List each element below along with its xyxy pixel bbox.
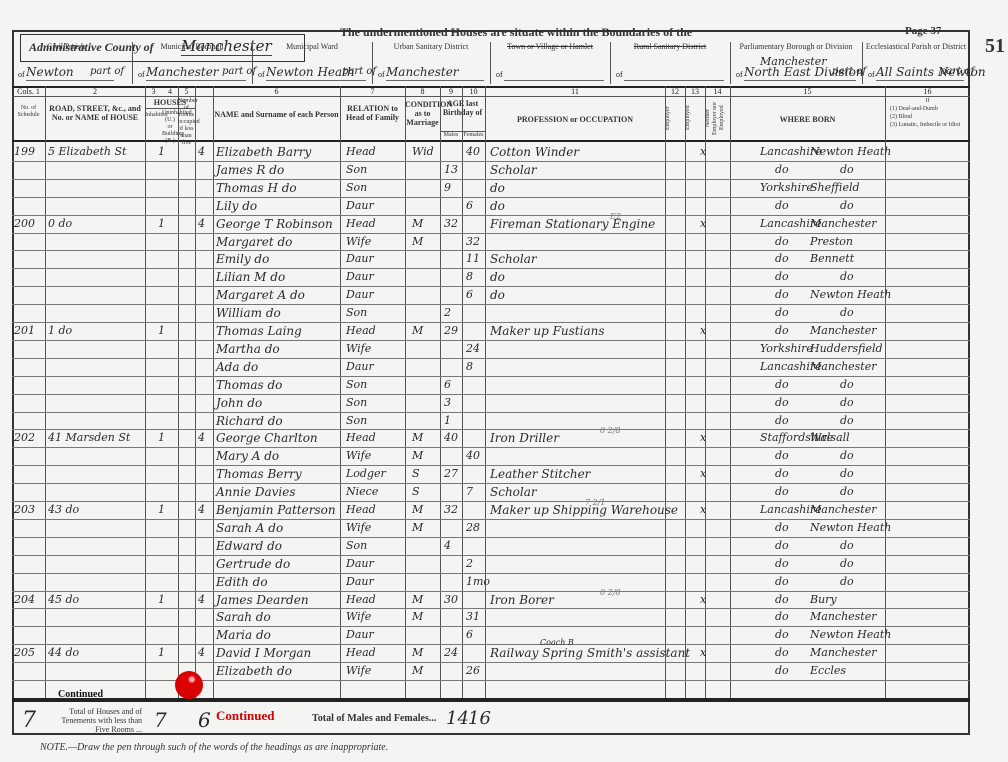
person-name: Ada do: [216, 358, 258, 376]
schedule-number: 199: [14, 143, 35, 161]
born-place: do: [840, 412, 854, 430]
rooms-count: 4: [198, 501, 205, 519]
male-age: 4: [444, 537, 451, 555]
born-county: do: [775, 662, 789, 680]
female-age: 24: [466, 340, 480, 358]
header-divider: [372, 42, 373, 84]
relation: Head: [346, 143, 376, 161]
inhabited-count: 1: [158, 143, 165, 161]
born-place: do: [840, 304, 854, 322]
person-name: Sarah do: [216, 608, 271, 626]
born-place: do: [840, 376, 854, 394]
heading-females: Females: [462, 132, 485, 139]
occupation: do: [490, 286, 505, 304]
header-divider: [862, 42, 863, 84]
condition: M: [412, 429, 423, 447]
born-county: do: [775, 412, 789, 430]
header-divider: [730, 42, 731, 84]
condition: M: [412, 215, 423, 233]
born-county: Yorkshire: [760, 340, 813, 358]
person-name: Margaret do: [216, 233, 292, 251]
male-age: 2: [444, 304, 451, 322]
relation: Head: [346, 501, 376, 519]
born-place: Walsall: [810, 429, 850, 447]
column-number: 5: [178, 87, 195, 96]
born-county: do: [775, 376, 789, 394]
heading-neither: Neither Employer nor Employed: [705, 98, 730, 138]
born-county: do: [775, 447, 789, 465]
schedule-number: 200: [14, 215, 35, 233]
page-label: Page 37: [905, 25, 941, 37]
heading-name: NAME and Surname of each Person: [213, 110, 340, 119]
born-place: Manchester: [810, 501, 877, 519]
field-underline: [504, 80, 604, 81]
field-underline: [624, 80, 724, 81]
male-age: 3: [444, 394, 451, 412]
field-underline: [744, 80, 856, 81]
header-field-value: Newton: [26, 65, 74, 79]
margin-note: 0 2/8: [600, 426, 621, 435]
born-county: do: [775, 465, 789, 483]
houses-total: 7: [154, 708, 167, 732]
header-divider: [490, 42, 491, 84]
person-name: William do: [216, 304, 281, 322]
born-place: Newton Heath: [810, 626, 891, 644]
relation: Son: [346, 537, 367, 555]
born-place: Newton Heath: [810, 143, 891, 161]
born-place: Eccles: [810, 662, 846, 680]
female-age: 6: [466, 626, 473, 644]
male-age: 40: [444, 429, 458, 447]
born-county: do: [775, 644, 789, 662]
continued-red-label: Continued: [216, 708, 275, 724]
born-place: do: [840, 573, 854, 591]
field-underline: [386, 80, 484, 81]
relation: Wife: [346, 233, 371, 251]
relation: Daur: [346, 358, 374, 376]
margin-note: 0 2/8: [600, 588, 621, 597]
relation: Daur: [346, 573, 374, 591]
schedule-number: 204: [14, 591, 35, 609]
header-field-label: Civil Parish: [12, 42, 120, 51]
employed-mark: x: [700, 322, 706, 340]
of-prefix: of: [496, 70, 503, 79]
occupation: Scholar: [490, 161, 537, 179]
rooms-count: 4: [198, 644, 205, 662]
header-field-label: Parliamentary Borough or Division: [730, 42, 862, 51]
condition: M: [412, 608, 423, 626]
rooms-count: 4: [198, 429, 205, 447]
relation: Head: [346, 644, 376, 662]
schedule-number: 205: [14, 644, 35, 662]
relation: Daur: [346, 250, 374, 268]
person-name: Mary A do: [216, 447, 279, 465]
occupation: Cotton Winder: [490, 143, 579, 161]
person-name: Lilian M do: [216, 268, 285, 286]
heading-inhabited: Inhabited: [145, 112, 162, 119]
person-name: James R do: [216, 161, 284, 179]
column-number: 10: [462, 87, 485, 96]
person-name: George T Robinson: [216, 215, 333, 233]
column-number: 16: [885, 87, 970, 96]
born-county: do: [775, 591, 789, 609]
address: 45 do: [48, 591, 79, 609]
born-place: Huddersfield: [810, 340, 883, 358]
person-name: Emily do: [216, 250, 269, 268]
relation: Head: [346, 322, 376, 340]
heading-age: AGE last Birthday of: [440, 99, 485, 117]
female-age: 8: [466, 268, 473, 286]
born-county: do: [775, 626, 789, 644]
born-place: Preston: [810, 233, 853, 251]
relation: Wife: [346, 519, 371, 537]
rooms-count: 4: [198, 143, 205, 161]
born-place: Manchester: [810, 215, 877, 233]
male-age: 6: [444, 376, 451, 394]
person-name: Sarah A do: [216, 519, 283, 537]
born-county: do: [775, 483, 789, 501]
margin-note: 7 2/1: [585, 498, 606, 507]
born-county: do: [775, 268, 789, 286]
schedule-number: 202: [14, 429, 35, 447]
female-age: 28: [466, 519, 480, 537]
born-place: Manchester: [810, 644, 877, 662]
of-prefix: of: [736, 70, 743, 79]
person-name: Thomas do: [216, 376, 282, 394]
rooms-total: 6: [198, 708, 211, 732]
employed-mark: x: [700, 215, 706, 233]
occupation: do: [490, 268, 505, 286]
table-row: [12, 447, 970, 465]
born-place: do: [840, 483, 854, 501]
relation: Head: [346, 215, 376, 233]
col-number-rule: [12, 96, 970, 97]
born-place: Newton Heath: [810, 519, 891, 537]
employed-mark: x: [700, 501, 706, 519]
header-field-suffix: part of: [832, 66, 866, 77]
of-prefix: of: [258, 70, 265, 79]
person-name: Benjamin Patterson: [216, 501, 336, 519]
heading-schedule: No. of Schedule: [12, 105, 45, 119]
person-name: George Charlton: [216, 429, 318, 447]
header-field-label: Municipal Ward: [252, 42, 372, 51]
relation: Daur: [346, 268, 374, 286]
female-age: 11: [466, 250, 480, 268]
born-place: Bennett: [810, 250, 854, 268]
person-name: Annie Davies: [216, 483, 296, 501]
male-age: 1: [444, 412, 451, 430]
condition: M: [412, 591, 423, 609]
column-number: 8: [405, 87, 440, 96]
female-age: 40: [466, 447, 480, 465]
totals-top-rule: [12, 700, 970, 702]
relation: Head: [346, 591, 376, 609]
heading-road: ROAD, STREET, &c., and No. or NAME of HO…: [47, 104, 143, 122]
condition: M: [412, 519, 423, 537]
condition: M: [412, 501, 423, 519]
heading-relation: RELATION to Head of Family: [340, 104, 405, 122]
column-number: 2: [45, 87, 145, 96]
person-name: Gertrude do: [216, 555, 290, 573]
relation: Son: [346, 394, 367, 412]
relation: Daur: [346, 555, 374, 573]
address: 5 Elizabeth St: [48, 143, 126, 161]
of-prefix: of: [18, 70, 25, 79]
male-age: 32: [444, 215, 458, 233]
person-name: James Dearden: [216, 591, 309, 609]
rooms-count: 4: [198, 215, 205, 233]
totals-houses-label: Total of Houses and of Tenements with le…: [50, 707, 142, 734]
female-age: 40: [466, 143, 480, 161]
column-number: 14: [705, 87, 730, 96]
person-name: Elizabeth do: [216, 662, 292, 680]
person-name: Thomas H do: [216, 179, 297, 197]
born-county: do: [775, 250, 789, 268]
male-age: 29: [444, 322, 458, 340]
address: 41 Marsden St: [48, 429, 130, 447]
heading-rooms: Number of rooms occupied if less than fi…: [178, 98, 195, 147]
table-row: [12, 555, 970, 573]
born-place: do: [840, 447, 854, 465]
male-age: 13: [444, 161, 458, 179]
occupation: Maker up Fustians: [490, 322, 605, 340]
person-name: David I Morgan: [216, 644, 311, 662]
column-number: 6: [213, 87, 340, 96]
address: 1 do: [48, 322, 72, 340]
condition: S: [412, 465, 420, 483]
condition: S: [412, 483, 420, 501]
person-name: Margaret A do: [216, 286, 305, 304]
born-place: do: [840, 465, 854, 483]
condition: Wid: [412, 143, 434, 161]
male-age: 9: [444, 179, 451, 197]
folio-number: 51: [985, 35, 1005, 58]
born-place: do: [840, 197, 854, 215]
header-field-suffix: part of: [90, 66, 124, 77]
employed-mark: x: [700, 465, 706, 483]
header-field-value: Manchester: [146, 65, 219, 79]
table-row: [12, 412, 970, 430]
header-divider: [610, 42, 611, 84]
inhabited-count: 1: [158, 322, 165, 340]
born-place: do: [840, 394, 854, 412]
born-county: do: [775, 161, 789, 179]
female-age: 32: [466, 233, 480, 251]
occupation: Fireman Stationary Engine: [490, 215, 655, 233]
relation: Wife: [346, 447, 371, 465]
employed-mark: x: [700, 429, 706, 447]
relation: Daur: [346, 286, 374, 304]
born-county: do: [775, 286, 789, 304]
relation: Lodger: [346, 465, 386, 483]
person-name: Edith do: [216, 573, 268, 591]
female-age: 2: [466, 555, 473, 573]
relation: Niece: [346, 483, 378, 501]
relation: Son: [346, 412, 367, 430]
column-number: 9: [440, 87, 462, 96]
born-county: do: [775, 555, 789, 573]
header-divider: [132, 42, 133, 84]
column-number: 12: [665, 87, 685, 96]
male-age: 24: [444, 644, 458, 662]
inhabited-count: 1: [158, 644, 165, 662]
schedule-number: 203: [14, 501, 35, 519]
person-name: Maria do: [216, 626, 271, 644]
header-field-value: Manchester: [386, 65, 459, 79]
condition: M: [412, 644, 423, 662]
heading-bottom-rule: [12, 140, 970, 142]
condition: M: [412, 662, 423, 680]
column-number: Cols. 1: [12, 87, 45, 96]
column-number: 4: [162, 87, 178, 96]
inhabited-count: 1: [158, 215, 165, 233]
males-females-label: Total of Males and Females...: [312, 713, 436, 724]
born-place: do: [840, 537, 854, 555]
relation: Wife: [346, 340, 371, 358]
of-prefix: of: [378, 70, 385, 79]
row-rule: [12, 680, 970, 681]
occupation-note: Coach B: [540, 638, 574, 647]
header-field-suffix: part of: [342, 66, 376, 77]
condition: M: [412, 233, 423, 251]
header-field-label: Urban Sanitary District: [372, 42, 490, 51]
relation: Wife: [346, 608, 371, 626]
address: 43 do: [48, 501, 79, 519]
field-underline: [266, 80, 366, 81]
born-place: Sheffield: [810, 179, 860, 197]
red-marker-dot: [175, 671, 203, 699]
female-age: 31: [466, 608, 480, 626]
female-age: 6: [466, 197, 473, 215]
heading-employed: Employed: [685, 100, 705, 136]
address: 0 do: [48, 215, 72, 233]
heading-uninhabited: Uninhabited (U.) or Building (B.): [162, 110, 178, 145]
footer-note: NOTE.—Draw the pen through such of the w…: [40, 742, 388, 753]
employed-mark: x: [700, 644, 706, 662]
relation: Son: [346, 161, 367, 179]
heading-condition: CONDITION as to Marriage: [405, 100, 440, 127]
person-name: Thomas Laing: [216, 322, 302, 340]
born-place: Manchester: [810, 358, 877, 376]
relation: Head: [346, 429, 376, 447]
heading-infirmity-item: (3) Lunatic, Imbecile or Idiot: [890, 122, 970, 129]
female-age: 26: [466, 662, 480, 680]
born-county: do: [775, 233, 789, 251]
female-age: 1mo: [466, 573, 490, 591]
person-name: Lily do: [216, 197, 257, 215]
male-age: 30: [444, 591, 458, 609]
occupation: Iron Borer: [490, 591, 554, 609]
male-age: 32: [444, 501, 458, 519]
born-place: Newton Heath: [810, 286, 891, 304]
occupation: do: [490, 179, 505, 197]
heading-employer: Employer: [665, 100, 685, 136]
males-total: 14: [446, 708, 469, 729]
born-county: do: [775, 394, 789, 412]
column-number: 7: [340, 87, 405, 96]
person-name: Richard do: [216, 412, 283, 430]
inhabited-count: 1: [158, 429, 165, 447]
heading-infirmity-item: (2) Blind: [890, 114, 970, 121]
heading-infirmity-item: (1) Deaf-and-Dumb: [890, 106, 970, 113]
person-name: Elizabeth Barry: [216, 143, 311, 161]
heading-males: Males: [440, 132, 462, 139]
header-field-label: Rural Sanitary District: [610, 42, 730, 51]
schedule-number: 201: [14, 322, 35, 340]
table-row: [12, 304, 970, 322]
heading-occupation: PROFESSION or OCCUPATION: [485, 115, 665, 124]
male-age: 27: [444, 465, 458, 483]
of-prefix: of: [868, 70, 875, 79]
condition: M: [412, 322, 423, 340]
person-name: Thomas Berry: [216, 465, 302, 483]
born-place: Manchester: [810, 608, 877, 626]
field-underline: [146, 80, 246, 81]
margin-note: E2: [610, 212, 621, 221]
person-name: Edward do: [216, 537, 282, 555]
column-number: 3: [145, 87, 162, 96]
field-underline: [876, 80, 964, 81]
schedules-total: 7: [22, 708, 36, 733]
occupation: Iron Driller: [490, 429, 559, 447]
inhabited-count: 1: [158, 591, 165, 609]
table-row: [12, 573, 970, 591]
heading-infirmity-if: If: [885, 98, 970, 105]
relation: Daur: [346, 626, 374, 644]
born-county: do: [775, 537, 789, 555]
female-age: 8: [466, 358, 473, 376]
header-field-label: Ecclesiastical Parish or District: [862, 42, 970, 51]
intro-text: The undermentioned Houses are situate wi…: [340, 25, 692, 40]
occupation: Scholar: [490, 250, 537, 268]
born-county: do: [775, 197, 789, 215]
header-field-label: Municipal Borough: [132, 42, 252, 51]
occupation: Scholar: [490, 483, 537, 501]
born-place: Bury: [810, 591, 837, 609]
column-number: 13: [685, 87, 705, 96]
born-county: do: [775, 304, 789, 322]
occupation: Railway Spring Smith's assistant: [490, 644, 690, 662]
of-prefix: of: [616, 70, 623, 79]
relation: Wife: [346, 662, 371, 680]
born-place: do: [840, 555, 854, 573]
heading-where-born: WHERE BORN: [730, 115, 885, 124]
occupation: Leather Stitcher: [490, 465, 590, 483]
header-field-suffix: part of: [940, 66, 974, 77]
relation: Daur: [346, 197, 374, 215]
born-place: do: [840, 268, 854, 286]
table-row: [12, 537, 970, 555]
relation: Son: [346, 304, 367, 322]
header-field-label: Town or Village or Hamlet: [490, 42, 610, 51]
field-underline: [26, 80, 114, 81]
born-county: do: [775, 573, 789, 591]
female-age: 6: [466, 286, 473, 304]
females-total: 16: [468, 708, 491, 729]
born-county: do: [775, 322, 789, 340]
inhabited-count: 1: [158, 501, 165, 519]
born-county: Yorkshire: [760, 179, 813, 197]
address: 44 do: [48, 644, 79, 662]
column-number: 11: [485, 87, 665, 96]
born-place: Manchester: [810, 322, 877, 340]
relation: Son: [346, 376, 367, 394]
born-place: do: [840, 161, 854, 179]
table-row: [12, 376, 970, 394]
employed-mark: x: [700, 591, 706, 609]
column-number: 15: [730, 87, 885, 96]
born-county: do: [775, 519, 789, 537]
